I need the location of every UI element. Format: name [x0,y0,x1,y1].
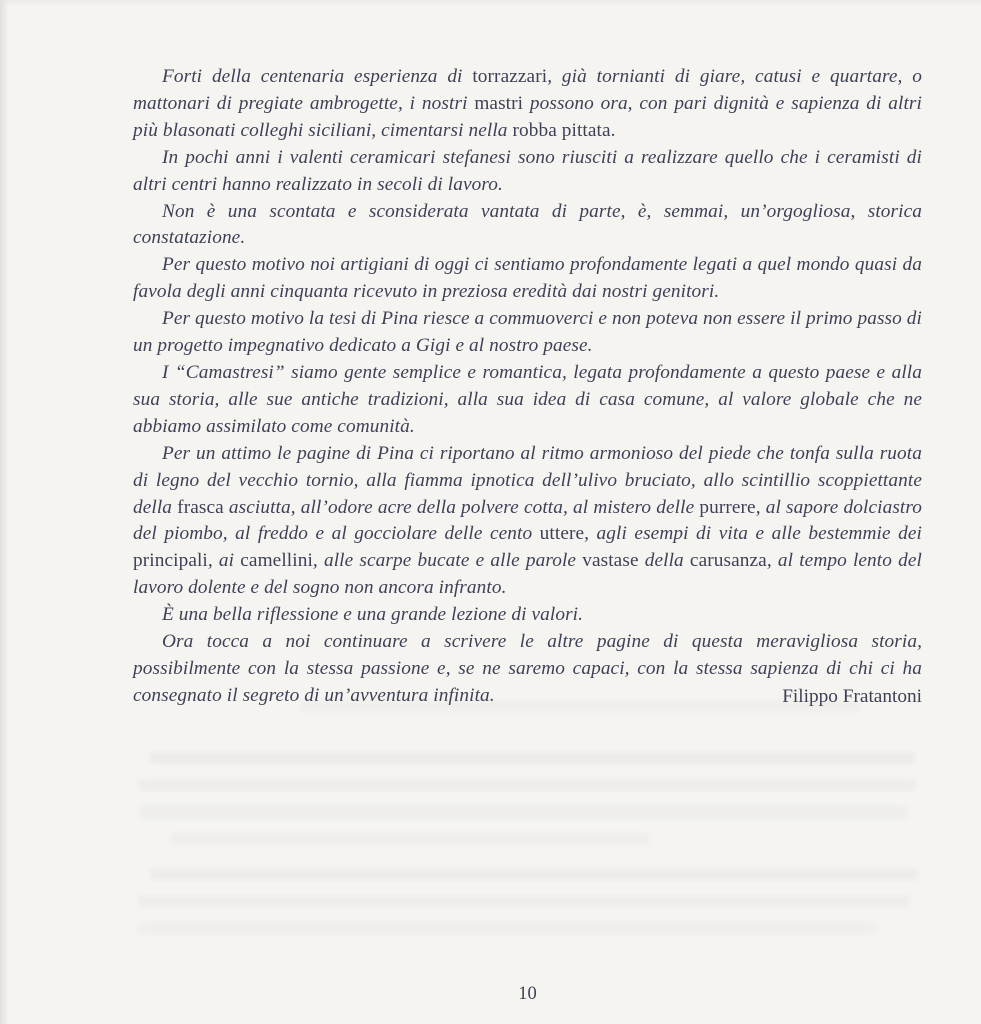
text-segment: della [639,550,690,571]
text-segment: torrazzari [472,66,547,87]
paragraph: Per questo motivo la tesi di Pina riesce… [133,306,922,360]
bleedthrough-line [138,806,908,818]
bleedthrough-line [150,868,918,880]
page-top-edge-shadow [0,0,981,6]
paragraph: I “Camastresi” siamo gente semplice e ro… [133,360,922,441]
text-segment: principali [133,550,208,571]
paragraph: In pochi anni i valenti ceramicari stefa… [133,145,922,199]
text-segment: In pochi anni i valenti ceramicari stefa… [133,147,922,195]
scanned-book-page: Forti della centenaria esperienza di tor… [0,0,981,1024]
text-segment: uttere [540,523,585,544]
text-segment: vastase [582,550,638,571]
text-segment: Non è una scontata e sconsiderata vantat… [133,201,922,249]
paragraph: È una bella riflessione e una grande lez… [133,602,922,629]
text-segment: frasca [177,497,224,518]
text-segment: Per questo motivo la tesi di Pina riesce… [133,308,922,356]
bleedthrough-line [170,833,650,845]
text-segment: camellini [240,550,313,571]
bleedthrough-line [138,895,910,907]
bleedthrough-line [138,922,878,934]
text-segment: , agli esempi di vita e alle bestemmie d… [584,523,922,544]
page-left-edge-shadow [0,0,10,1024]
bleedthrough-line [138,779,916,791]
text-segment: Forti della centenaria esperienza di [162,66,472,87]
paragraph: Per questo motivo noi artigiani di oggi … [133,252,922,306]
paragraph: Forti della centenaria esperienza di tor… [133,64,922,145]
text-segment: I “Camastresi” siamo gente semplice e ro… [133,362,922,437]
text-segment: asciutta, all’odore acre della polvere c… [224,497,700,518]
paragraph: Non è una scontata e sconsiderata vantat… [133,199,922,253]
text-segment: Per questo motivo noi artigiani di oggi … [133,254,922,302]
text-segment: robba pittata. [512,120,615,141]
author-signature: Filippo Fratantoni [133,686,922,708]
bleedthrough-line [150,752,915,764]
text-segment: carusanza [690,550,767,571]
paragraph: Per un attimo le pagine di Pina ci ripor… [133,441,922,602]
text-segment: , ai [208,550,240,571]
text-segment: È una bella riflessione e una grande lez… [162,604,583,625]
text-segment: purrere [699,497,755,518]
text-segment: , alle scarpe bucate e alle parole [313,550,582,571]
body-text-block: Forti della centenaria esperienza di tor… [133,64,922,710]
text-segment: mastri [474,93,523,114]
page-number: 10 [133,984,922,1005]
